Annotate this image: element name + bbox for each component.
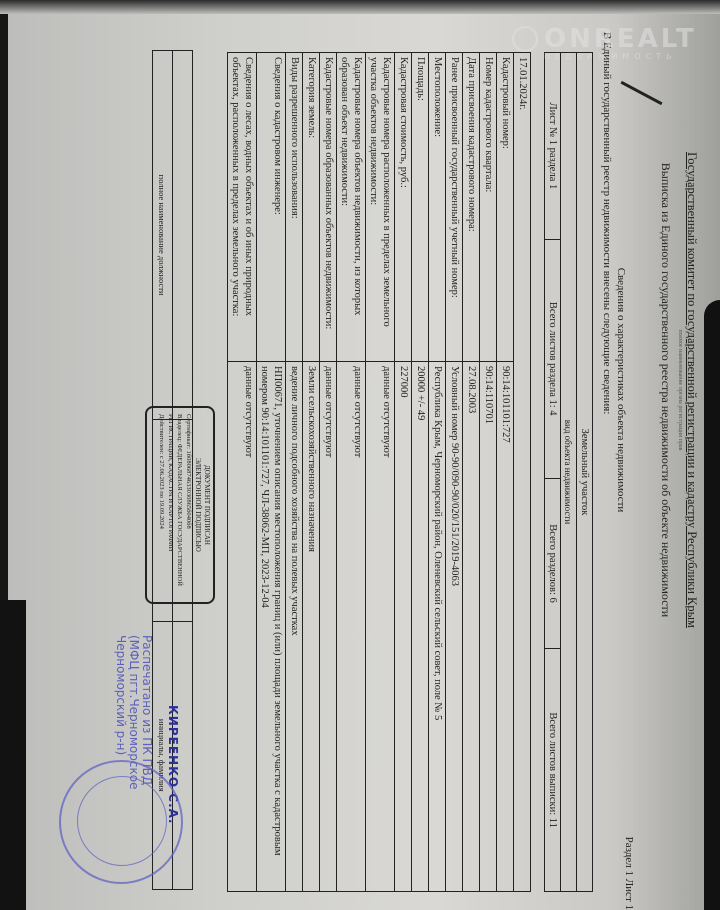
field-label: Дата присвоения кадастрового номера: <box>463 53 480 362</box>
ep-subtitle: ЭЛЕКТРОННОЙ ПОДПИСЬЮ <box>193 414 202 596</box>
field-label: Кадастровые номера образованных объектов… <box>320 53 337 362</box>
field-label: Сведения о кадастровом инженере: <box>257 53 286 362</box>
ep-owner: Владелец: ФЕДЕРАЛЬНАЯ СЛУЖБА ГОСУДАРСТВЕ… <box>166 414 184 596</box>
field-value: Республика Крым, Черноморский район, Оле… <box>429 362 446 892</box>
sections-total: Всего разделов: 6 <box>545 478 561 649</box>
field-value: Условный номер 90-90/090-90/020/151/2019… <box>446 362 463 892</box>
ep-certificate: Сертификат: 1б0806874633030865б040б8 <box>184 414 193 596</box>
extract-date: 17.01.2024г. <box>514 53 531 892</box>
sheets-in-section: Всего листов раздела 1: 4 <box>545 239 561 478</box>
field-value: Земли сельскохозяйственного назначения <box>303 362 320 892</box>
field-row: Кадастровая стоимость, руб.:227000 <box>395 53 412 892</box>
field-row: Местоположение:Республика Крым, Черномор… <box>429 53 446 892</box>
characteristics-title: Сведения о характеристиках объекта недви… <box>615 110 627 670</box>
field-row: Категория земель:Земли сельскохозяйствен… <box>303 53 320 892</box>
watermark: ONREALT НЕДВИЖИМОСТЬ <box>512 24 697 61</box>
field-label: Сведения о лесах, водных объектах и об и… <box>228 53 257 362</box>
field-label: Кадастровые номера объектов недвижимости… <box>337 53 366 362</box>
field-row: Кадастровый номер:90:14:101101:727 <box>497 53 514 892</box>
field-value: данные отсутствуют <box>337 362 366 892</box>
field-value: данные отсутствуют <box>228 362 257 892</box>
characteristics-table: 17.01.2024г. Кадастровый номер:90:14:101… <box>227 52 531 892</box>
field-value: НП00671, уточнением описания местоположе… <box>257 362 286 892</box>
field-row: Номер кадастрового квартала:90:14:110701 <box>480 53 497 892</box>
field-value: 90:14:101101:727 <box>497 362 514 892</box>
field-label: Кадастровая стоимость, руб.: <box>395 53 412 362</box>
field-label: Местоположение: <box>429 53 446 362</box>
section-reference: Раздел 1 Лист 1 <box>623 837 635 910</box>
field-row: Дата присвоения кадастрового номера:27.0… <box>463 53 480 892</box>
field-label: Ранее присвоенный государственный учетны… <box>446 53 463 362</box>
object-type-caption: вид объекта недвижимости <box>561 53 577 892</box>
egrn-extract-page: Государственный комитет по государственн… <box>53 40 713 900</box>
field-label: Кадастровый номер: <box>497 53 514 362</box>
field-row: Площадь:20000 +/- 49 <box>412 53 429 892</box>
field-value: данные отсутствуют <box>366 362 395 892</box>
field-row: Кадастровые номера объектов недвижимости… <box>337 53 366 892</box>
field-value: 20000 +/- 49 <box>412 362 429 892</box>
sheet-number: Лист № 1 раздела 1 <box>545 53 561 240</box>
field-row: Виды разрешенного использования:ведение … <box>286 53 303 892</box>
field-label: Кадастровые номера расположенных в преде… <box>366 53 395 362</box>
ep-valid: Действителен: с 27.06.2023 по 19.09.2024 <box>157 414 166 596</box>
header-table: Земельный участок вид объекта недвижимос… <box>544 52 593 892</box>
position-caption: полное наименование должности <box>153 51 173 420</box>
field-row: Сведения о лесах, водных объектах и об и… <box>228 53 257 892</box>
watermark-tagline: НЕДВИЖИМОСТЬ <box>544 52 697 61</box>
field-row: Кадастровые номера расположенных в преде… <box>366 53 395 892</box>
organization-name: Государственный комитет по государственн… <box>684 110 699 670</box>
organization-caption: полное наименование органа регистрации п… <box>677 110 683 670</box>
ep-title: ДОКУМЕНТ ПОДПИСАН <box>202 414 211 596</box>
background-shadow-left <box>0 600 26 910</box>
watermark-brand: ONREALT <box>544 24 697 54</box>
field-value: ведение личного подсобного хозяйства на … <box>286 362 303 892</box>
field-row: Ранее присвоенный государственный учетны… <box>446 53 463 892</box>
extract-title: Выписка из Единого государственного реес… <box>658 110 673 670</box>
field-value: данные отсутствуют <box>320 362 337 892</box>
round-seal-icon <box>59 760 183 884</box>
sheets-total: Всего листов выписки: 11 <box>545 649 561 892</box>
field-label: Виды разрешенного использования: <box>286 53 303 362</box>
field-label: Категория земель: <box>303 53 320 362</box>
object-type: Земельный участок <box>577 53 593 892</box>
field-value: 27.08.2003 <box>463 362 480 892</box>
field-label: Площадь: <box>412 53 429 362</box>
field-label: Номер кадастрового квартала: <box>480 53 497 362</box>
field-row: Сведения о кадастровом инженере:НП00671,… <box>257 53 286 892</box>
field-row: Кадастровые номера образованных объектов… <box>320 53 337 892</box>
field-value: 90:14:110701 <box>480 362 497 892</box>
electronic-signature-box: ДОКУМЕНТ ПОДПИСАН ЭЛЕКТРОННОЙ ПОДПИСЬЮ С… <box>145 406 215 604</box>
background-shadow-top <box>0 0 720 14</box>
field-value: 227000 <box>395 362 412 892</box>
house-logo-icon <box>512 26 538 52</box>
intro-text: В Единый государственный реестр недвижим… <box>601 32 613 414</box>
